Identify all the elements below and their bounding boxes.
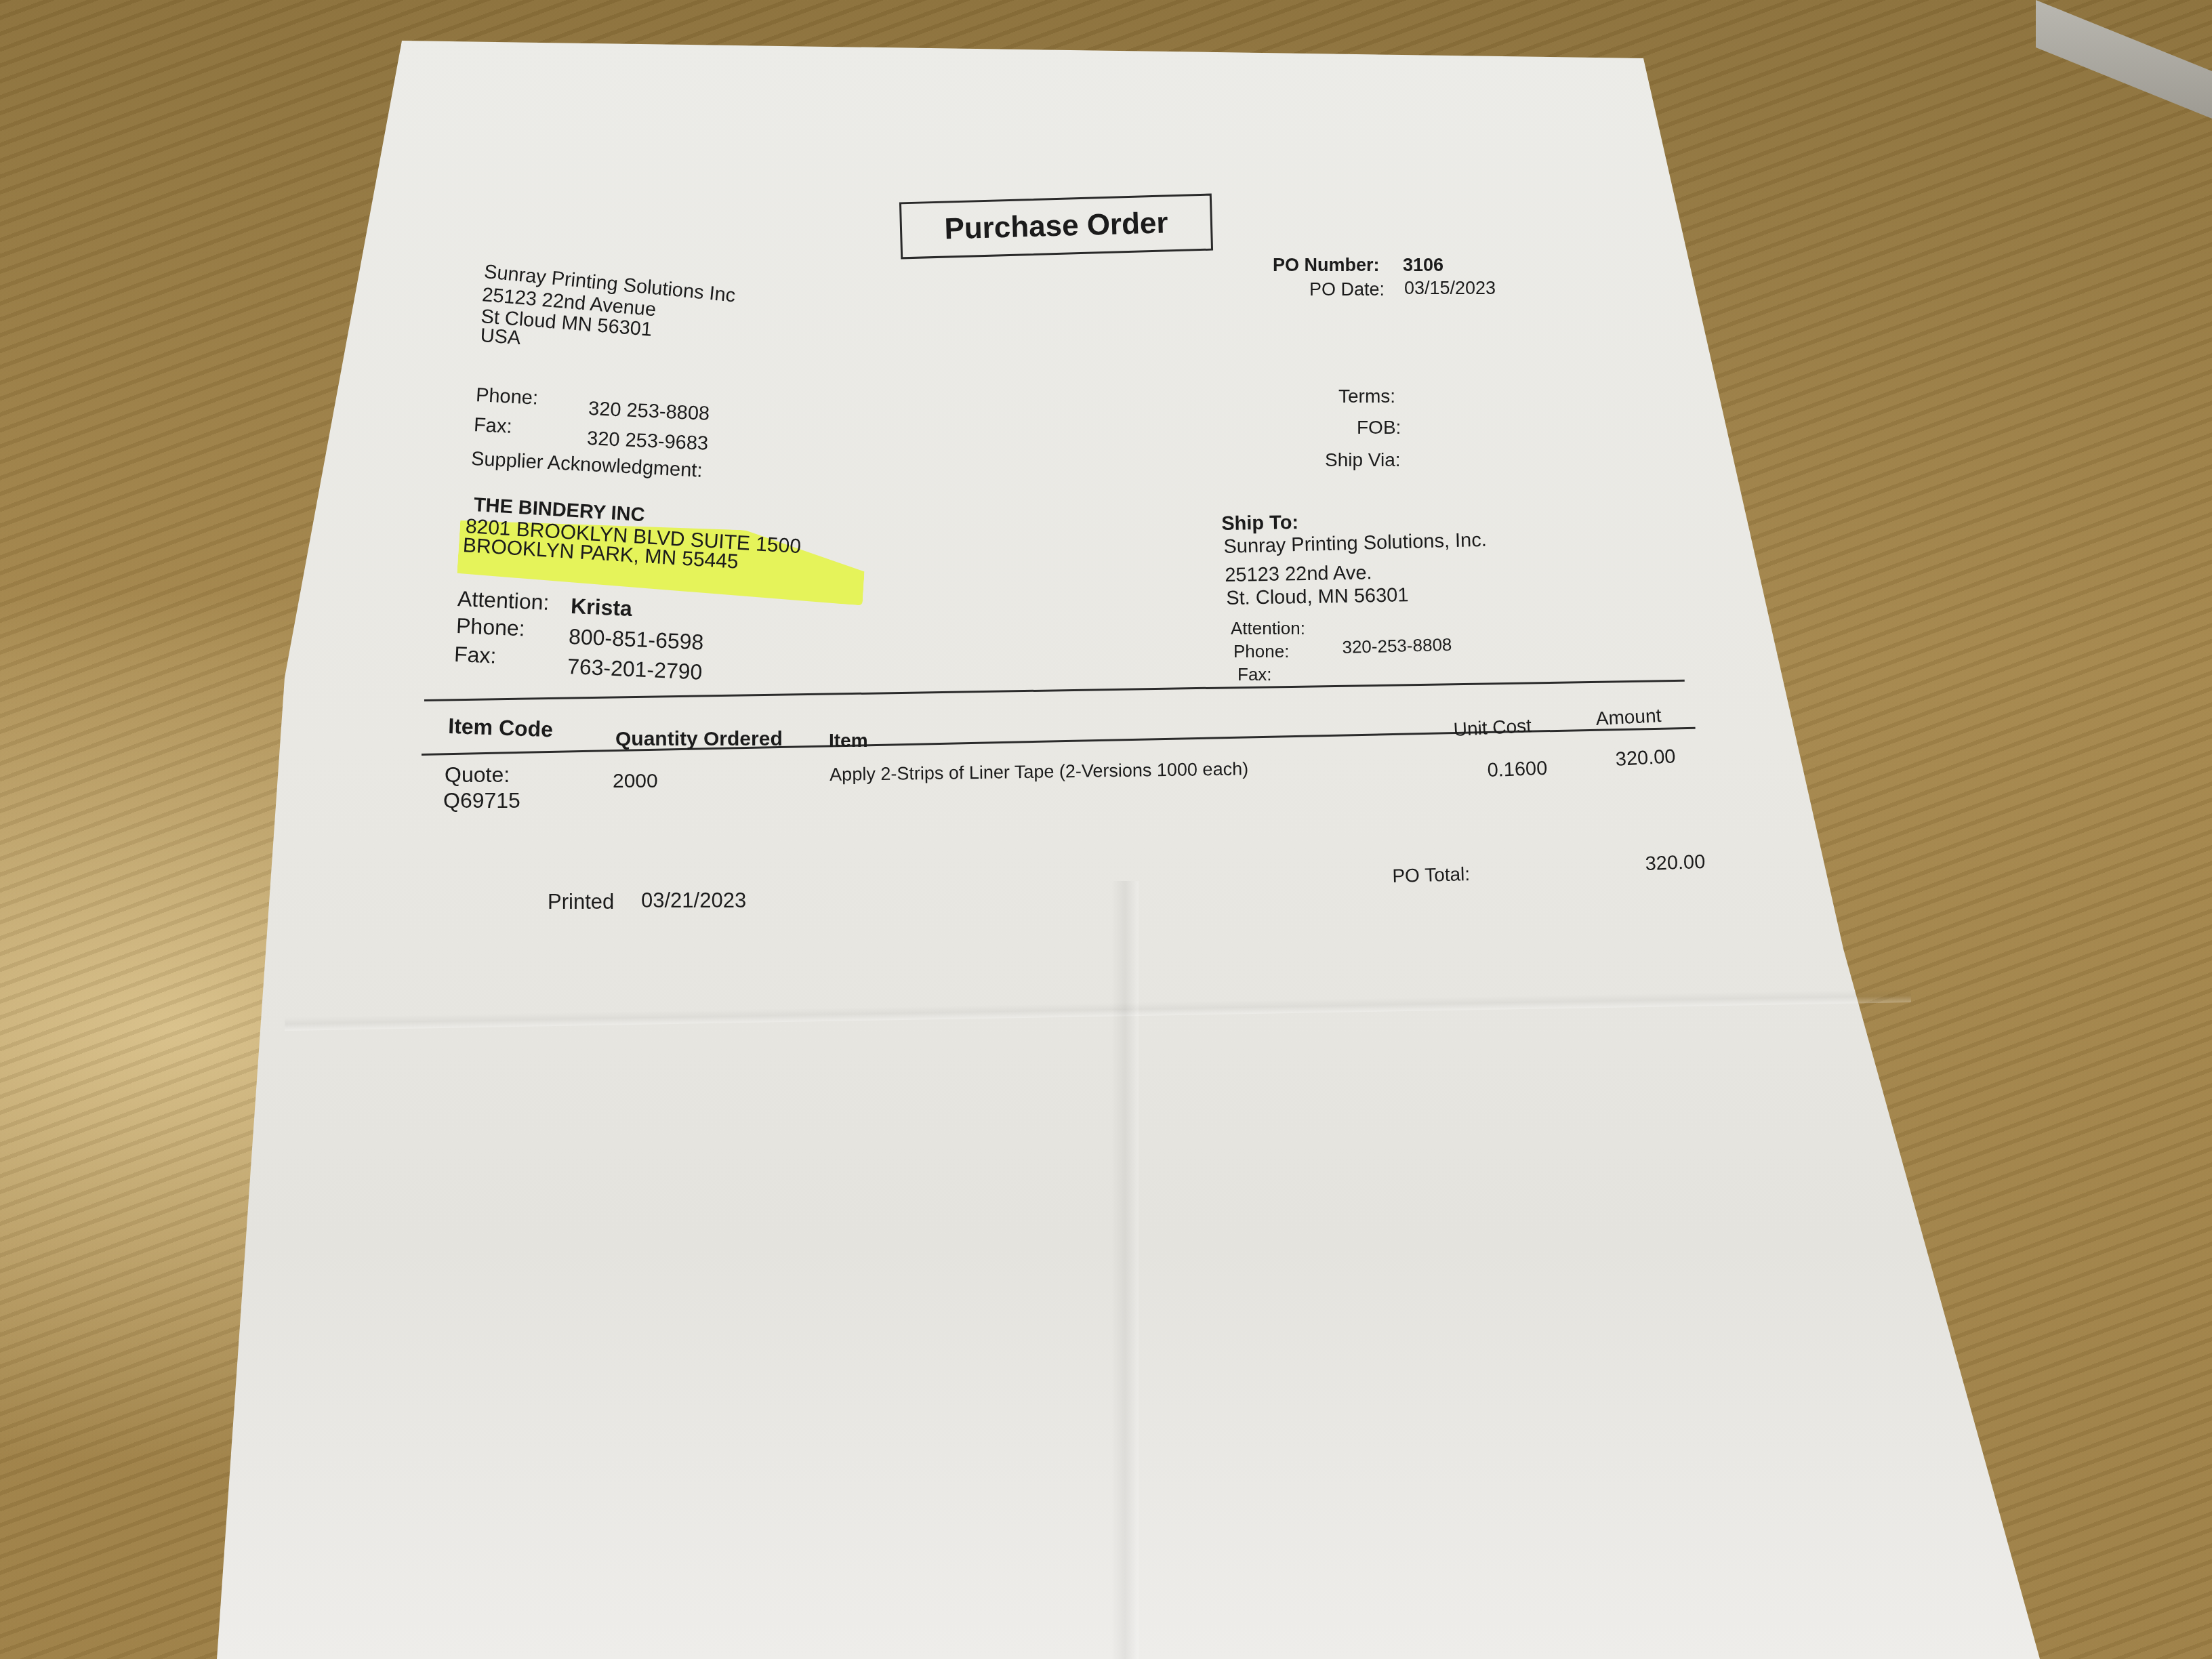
cell-item: Apply 2-Strips of Liner Tape (2-Versions… [829, 757, 1248, 786]
sender-line: USA [480, 324, 522, 350]
printed-date: 03/21/2023 [641, 889, 746, 912]
cell-item-code-line-2: Q69715 [443, 789, 520, 812]
po-total-label: PO Total: [1392, 863, 1471, 888]
header-unit-cost: Unit Cost [1453, 714, 1532, 741]
sender-phone: 320 253-8808 [588, 397, 710, 426]
po-date-label: PO Date: [1309, 278, 1385, 301]
sender-phone-label: Phone: [475, 384, 539, 410]
sender-fax-label: Fax: [473, 413, 512, 438]
document-title: Purchase Order [899, 194, 1213, 260]
ship-to-label: Ship To: [1221, 511, 1298, 535]
header-quantity: Quantity Ordered [615, 728, 783, 751]
supplier-phone-label: Phone: [456, 614, 526, 640]
fob-label: FOB: [1357, 416, 1401, 439]
sender-fax: 320 253-9683 [587, 427, 709, 455]
cell-quantity: 2000 [613, 770, 658, 793]
ship-to-attention-label: Attention: [1231, 617, 1305, 640]
cell-item-code-line-1: Quote: [445, 763, 510, 786]
cell-unit-cost: 0.1600 [1487, 757, 1548, 782]
supplier-attention: Krista [571, 594, 633, 620]
terms-label: Terms: [1338, 385, 1395, 408]
po-number-label: PO Number: [1273, 253, 1380, 276]
po-number: 3106 [1403, 253, 1443, 276]
header-amount: Amount [1595, 704, 1662, 731]
supplier-fax-label: Fax: [454, 642, 497, 668]
po-total-value: 320.00 [1645, 851, 1706, 876]
table-top-rule [424, 680, 1685, 701]
supplier-attention-label: Attention: [457, 587, 550, 614]
cell-amount: 320.00 [1615, 745, 1676, 771]
ship-to-fax-label: Fax: [1237, 663, 1272, 686]
header-item: Item [829, 729, 868, 752]
supplier-fax: 763-201-2790 [567, 655, 703, 684]
ship-to-line: 25123 22nd Ave. [1225, 561, 1372, 587]
supplier-phone: 800-851-6598 [569, 625, 705, 654]
ship-to-line: St. Cloud, MN 56301 [1226, 583, 1409, 610]
po-date: 03/15/2023 [1404, 276, 1496, 300]
ship-to-phone-label: Phone: [1233, 640, 1289, 663]
header-item-code: Item Code [448, 714, 554, 741]
purchase-order-document: Purchase Order Sunray Printing Solutions… [0, 0, 2212, 1659]
ship-via-label: Ship Via: [1325, 449, 1401, 472]
ship-to-phone: 320-253-8808 [1342, 633, 1452, 659]
printed-label: Printed [548, 890, 614, 914]
